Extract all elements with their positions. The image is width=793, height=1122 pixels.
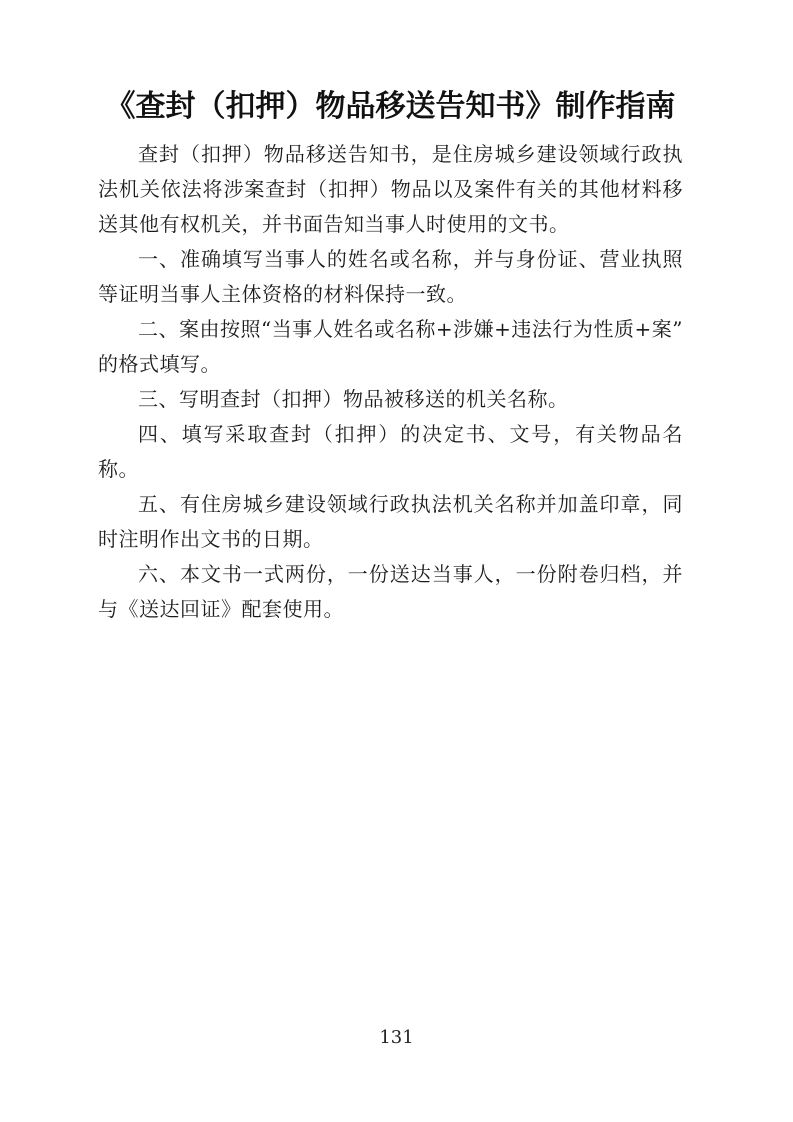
document-body: 查封（扣押）物品移送告知书，是住房城乡建设领域行政执法机关依法将涉案查封（扣押）…	[98, 137, 683, 627]
paragraph-intro: 查封（扣押）物品移送告知书，是住房城乡建设领域行政执法机关依法将涉案查封（扣押）…	[98, 137, 683, 242]
paragraph-item-2: 二、案由按照“当事人姓名或名称+涉嫌+违法行为性质+案”的格式填写。	[98, 312, 683, 382]
paragraph-item-4: 四、填写采取查封（扣押）的决定书、文号，有关物品名称。	[98, 417, 683, 487]
paragraph-item-3: 三、写明查封（扣押）物品被移送的机关名称。	[98, 382, 683, 417]
document-title: 《查封（扣押）物品移送告知书》制作指南	[98, 86, 683, 128]
paragraph-item-5: 五、有住房城乡建设领域行政执法机关名称并加盖印章，同时注明作出文书的日期。	[98, 487, 683, 557]
paragraph-item-6: 六、本文书一式两份，一份送达当事人，一份附卷归档，并与《送达回证》配套使用。	[98, 557, 683, 627]
paragraph-item-1: 一、准确填写当事人的姓名或名称，并与身份证、营业执照等证明当事人主体资格的材料保…	[98, 242, 683, 312]
document-content: 《查封（扣押）物品移送告知书》制作指南 查封（扣押）物品移送告知书，是住房城乡建…	[98, 86, 683, 627]
document-page: 《查封（扣押）物品移送告知书》制作指南 查封（扣押）物品移送告知书，是住房城乡建…	[0, 0, 793, 1122]
page-number: 131	[0, 1026, 793, 1050]
